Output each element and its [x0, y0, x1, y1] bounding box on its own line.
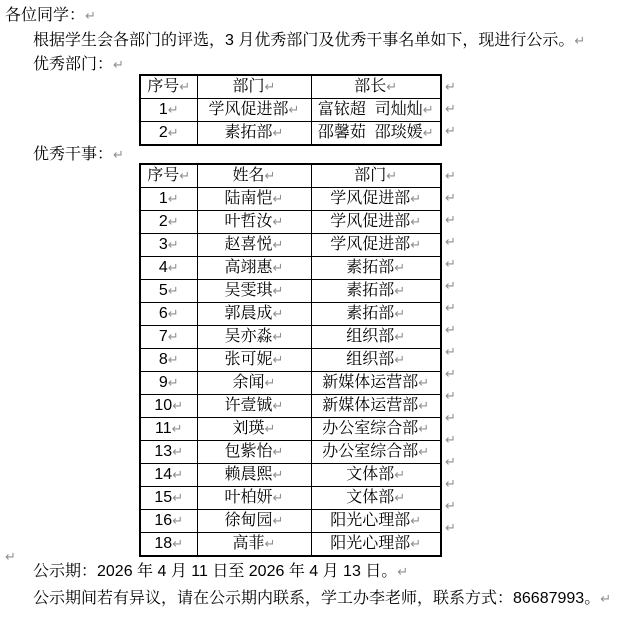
table-header-row: 序号↵姓名↵部门↵ — [140, 164, 441, 188]
return-mark-icon: ↵ — [445, 278, 456, 293]
table-cell: 富铱超 司灿灿↵ — [311, 99, 441, 122]
return-mark-icon: ↵ — [265, 421, 276, 436]
return-mark-icon: ↵ — [273, 444, 284, 459]
return-mark-icon: ↵ — [410, 237, 421, 252]
table-cell: 文体部↵ — [311, 487, 441, 510]
return-mark-icon: ↵ — [445, 79, 456, 94]
table-row: 13↵包紫怡↵办公室综合部↵ — [140, 441, 441, 464]
table-row: 1↵学风促进部↵富铱超 司灿灿↵ — [140, 99, 441, 122]
table-row: 3↵赵喜悦↵学风促进部↵ — [140, 234, 441, 257]
excellent-departments-table-wrap: 序号↵部门↵部长↵1↵学风促进部↵富铱超 司灿灿↵2↵素拓部↵邵馨茹 邵琰媛↵ … — [139, 74, 456, 146]
return-mark-icon: ↵ — [600, 591, 611, 606]
table-row: 8↵张可妮↵组织部↵ — [140, 349, 441, 372]
return-mark-icon: ↵ — [172, 536, 183, 551]
table-cell: 陆南恺↵ — [197, 188, 311, 211]
return-mark-icon: ↵ — [445, 123, 456, 138]
table-cell: 吴雯琪↵ — [197, 280, 311, 303]
return-mark-icon: ↵ — [168, 352, 179, 367]
table-cell: 吴亦淼↵ — [197, 326, 311, 349]
return-mark-icon: ↵ — [168, 125, 179, 140]
return-mark-icon: ↵ — [273, 352, 284, 367]
table-row: 16↵徐甸园↵阳光心理部↵ — [140, 510, 441, 533]
return-mark-icon: ↵ — [172, 513, 183, 528]
table-cell: 4↵ — [140, 257, 197, 280]
return-mark-icon: ↵ — [273, 260, 284, 275]
return-mark-icon: ↵ — [410, 191, 421, 206]
table-cell: 15↵ — [140, 487, 197, 510]
table-cell: 3↵ — [140, 234, 197, 257]
table-cell: 素拓部↵ — [311, 280, 441, 303]
return-mark-icon: ↵ — [445, 432, 456, 447]
table-cell: 许壹铖↵ — [197, 395, 311, 418]
table-cell: 素拓部↵ — [311, 303, 441, 326]
return-mark-icon: ↵ — [445, 322, 456, 337]
return-mark-icon: ↵ — [445, 388, 456, 403]
header-cell: 部门↵ — [197, 75, 311, 99]
table-cell: 赖晨熙↵ — [197, 464, 311, 487]
paragraph-salutation: 各位同学：↵ — [5, 6, 96, 26]
return-mark-icon: ↵ — [113, 147, 124, 162]
return-mark-icon: ↵ — [445, 498, 456, 513]
excellent-officers-table: 序号↵姓名↵部门↵1↵陆南恺↵学风促进部↵2↵叶哲汝↵学风促进部↵3↵赵喜悦↵学… — [139, 163, 442, 557]
table-row: 5↵吴雯琪↵素拓部↵ — [140, 280, 441, 303]
table-cell: 叶柏妍↵ — [197, 487, 311, 510]
salutation-text: 各位同学： — [5, 7, 85, 24]
table-row: 6↵郭晨成↵素拓部↵ — [140, 303, 441, 326]
return-mark-icon: ↵ — [273, 125, 284, 140]
table-row: 2↵叶哲汝↵学风促进部↵ — [140, 211, 441, 234]
table-cell: 刘瑛↵ — [197, 418, 311, 441]
return-mark-icon: ↵ — [168, 283, 179, 298]
table-cell: 2↵ — [140, 211, 197, 234]
return-mark-icon: ↵ — [172, 490, 183, 505]
return-mark-icon: ↵ — [418, 444, 429, 459]
return-mark-icon: ↵ — [410, 536, 421, 551]
table-row: 14↵赖晨熙↵文体部↵ — [140, 464, 441, 487]
return-mark-icon: ↵ — [445, 190, 456, 205]
table-cell: 张可妮↵ — [197, 349, 311, 372]
table-cell: 包紫怡↵ — [197, 441, 311, 464]
return-mark-icon: ↵ — [172, 398, 183, 413]
table-cell: 18↵ — [140, 533, 197, 557]
table-cell: 文体部↵ — [311, 464, 441, 487]
excellent-officers-table-wrap: 序号↵姓名↵部门↵1↵陆南恺↵学风促进部↵2↵叶哲汝↵学风促进部↵3↵赵喜悦↵学… — [139, 163, 456, 557]
return-mark-icon: ↵ — [574, 33, 585, 48]
return-mark-icon: ↵ — [445, 454, 456, 469]
table-cell: 学风促进部↵ — [311, 188, 441, 211]
table-cell: 邵馨茹 邵琰媛↵ — [311, 122, 441, 146]
table-row: 15↵叶柏妍↵文体部↵ — [140, 487, 441, 510]
table-cell: 高菲↵ — [197, 533, 311, 557]
excellent-departments-table: 序号↵部门↵部长↵1↵学风促进部↵富铱超 司灿灿↵2↵素拓部↵邵馨茹 邵琰媛↵ — [139, 74, 442, 146]
return-mark-icon: ↵ — [394, 283, 405, 298]
table-cell: 叶哲汝↵ — [197, 211, 311, 234]
return-mark-icon: ↵ — [273, 306, 284, 321]
table-cell: 1↵ — [140, 99, 197, 122]
return-mark-icon: ↵ — [273, 237, 284, 252]
table-cell: 学风促进部↵ — [197, 99, 311, 122]
return-mark-icon: ↵ — [172, 467, 183, 482]
paragraph-contact: 公示期间若有异议，请在公示期内联系，学工办李老师，联系方式：86687993。↵ — [33, 589, 611, 609]
return-mark-icon: ↵ — [113, 57, 124, 72]
return-mark-icon: ↵ — [445, 520, 456, 535]
table-cell: 阳光心理部↵ — [311, 533, 441, 557]
paragraph-empty: ↵ — [5, 547, 16, 567]
row-end-marks: ↵↵↵ — [445, 74, 456, 142]
return-mark-icon: ↵ — [445, 366, 456, 381]
return-mark-icon: ↵ — [423, 125, 434, 140]
return-mark-icon: ↵ — [397, 564, 408, 579]
return-mark-icon: ↵ — [179, 79, 190, 94]
return-mark-icon: ↵ — [168, 306, 179, 321]
excellent-officers-label: 优秀干事： — [33, 146, 113, 163]
publicity-period-text: 公示期：2026 年 4 月 11 日至 2026 年 4 月 13 日。 — [33, 563, 397, 580]
table-cell: 赵喜悦↵ — [197, 234, 311, 257]
table-cell: 组织部↵ — [311, 349, 441, 372]
return-mark-icon: ↵ — [418, 375, 429, 390]
return-mark-icon: ↵ — [273, 513, 284, 528]
table-cell: 新媒体运营部↵ — [311, 372, 441, 395]
return-mark-icon: ↵ — [273, 467, 284, 482]
return-mark-icon: ↵ — [394, 329, 405, 344]
return-mark-icon: ↵ — [168, 237, 179, 252]
return-mark-icon: ↵ — [445, 410, 456, 425]
table-cell: 徐甸园↵ — [197, 510, 311, 533]
table-row: 10↵许壹铖↵新媒体运营部↵ — [140, 395, 441, 418]
paragraph-excellent-officers-label: 优秀干事：↵ — [33, 145, 124, 165]
return-mark-icon: ↵ — [168, 214, 179, 229]
header-cell: 部门↵ — [311, 164, 441, 188]
return-mark-icon: ↵ — [168, 329, 179, 344]
return-mark-icon: ↵ — [386, 79, 397, 94]
return-mark-icon: ↵ — [445, 234, 456, 249]
table-cell: 素拓部↵ — [311, 257, 441, 280]
table-cell: 14↵ — [140, 464, 197, 487]
table-cell: 郭晨成↵ — [197, 303, 311, 326]
excellent-departments-label: 优秀部门： — [33, 56, 113, 73]
return-mark-icon: ↵ — [423, 102, 434, 117]
document-page: { "doc": { "mark": "↵", "salutation": "各… — [0, 0, 628, 618]
table-cell: 新媒体运营部↵ — [311, 395, 441, 418]
return-mark-icon: ↵ — [410, 513, 421, 528]
paragraph-publicity-period: 公示期：2026 年 4 月 11 日至 2026 年 4 月 13 日。↵ — [33, 562, 408, 582]
return-mark-icon: ↵ — [445, 300, 456, 315]
return-mark-icon: ↵ — [445, 168, 456, 183]
table-cell: 13↵ — [140, 441, 197, 464]
table-row: 9↵余闻↵新媒体运营部↵ — [140, 372, 441, 395]
table-row: 11↵刘瑛↵办公室综合部↵ — [140, 418, 441, 441]
return-mark-icon: ↵ — [273, 398, 284, 413]
return-mark-icon: ↵ — [273, 490, 284, 505]
header-cell: 部长↵ — [311, 75, 441, 99]
return-mark-icon: ↵ — [172, 421, 183, 436]
table-row: 4↵高翊惠↵素拓部↵ — [140, 257, 441, 280]
intro-text: 根据学生会各部门的评选，3 月优秀部门及优秀干事名单如下，现进行公示。 — [33, 32, 574, 49]
return-mark-icon: ↵ — [273, 214, 284, 229]
table-cell: 素拓部↵ — [197, 122, 311, 146]
return-mark-icon: ↵ — [172, 444, 183, 459]
table-cell: 9↵ — [140, 372, 197, 395]
table-cell: 16↵ — [140, 510, 197, 533]
return-mark-icon: ↵ — [265, 375, 276, 390]
table-row: 18↵高菲↵阳光心理部↵ — [140, 533, 441, 557]
return-mark-icon: ↵ — [394, 260, 405, 275]
return-mark-icon: ↵ — [418, 421, 429, 436]
table-cell: 7↵ — [140, 326, 197, 349]
return-mark-icon: ↵ — [5, 549, 16, 564]
return-mark-icon: ↵ — [445, 476, 456, 491]
table-cell: 11↵ — [140, 418, 197, 441]
return-mark-icon: ↵ — [394, 306, 405, 321]
return-mark-icon: ↵ — [445, 101, 456, 116]
table-cell: 组织部↵ — [311, 326, 441, 349]
header-cell: 姓名↵ — [197, 164, 311, 188]
return-mark-icon: ↵ — [273, 191, 284, 206]
paragraph-intro: 根据学生会各部门的评选，3 月优秀部门及优秀干事名单如下，现进行公示。↵ — [33, 31, 585, 51]
return-mark-icon: ↵ — [289, 102, 300, 117]
return-mark-icon: ↵ — [273, 329, 284, 344]
return-mark-icon: ↵ — [394, 490, 405, 505]
return-mark-icon: ↵ — [265, 79, 276, 94]
return-mark-icon: ↵ — [445, 212, 456, 227]
table-cell: 学风促进部↵ — [311, 234, 441, 257]
table-cell: 办公室综合部↵ — [311, 441, 441, 464]
table-cell: 余闻↵ — [197, 372, 311, 395]
return-mark-icon: ↵ — [168, 375, 179, 390]
table-cell: 6↵ — [140, 303, 197, 326]
table-cell: 办公室综合部↵ — [311, 418, 441, 441]
return-mark-icon: ↵ — [265, 168, 276, 183]
table-cell: 学风促进部↵ — [311, 211, 441, 234]
row-end-marks: ↵↵↵↵↵↵↵↵↵↵↵↵↵↵↵↵↵ — [445, 163, 456, 539]
table-row: 7↵吴亦淼↵组织部↵ — [140, 326, 441, 349]
table-cell: 8↵ — [140, 349, 197, 372]
return-mark-icon: ↵ — [386, 168, 397, 183]
table-row: 1↵陆南恺↵学风促进部↵ — [140, 188, 441, 211]
return-mark-icon: ↵ — [394, 467, 405, 482]
header-cell: 序号↵ — [140, 75, 197, 99]
return-mark-icon: ↵ — [445, 256, 456, 271]
table-cell: 阳光心理部↵ — [311, 510, 441, 533]
contact-text: 公示期间若有异议，请在公示期内联系，学工办李老师，联系方式：86687993。 — [33, 590, 600, 607]
header-cell: 序号↵ — [140, 164, 197, 188]
return-mark-icon: ↵ — [394, 352, 405, 367]
table-cell: 高翊惠↵ — [197, 257, 311, 280]
return-mark-icon: ↵ — [265, 536, 276, 551]
return-mark-icon: ↵ — [418, 398, 429, 413]
table-cell: 5↵ — [140, 280, 197, 303]
paragraph-excellent-departments-label: 优秀部门：↵ — [33, 55, 124, 75]
return-mark-icon: ↵ — [273, 283, 284, 298]
return-mark-icon: ↵ — [168, 191, 179, 206]
table-cell: 1↵ — [140, 188, 197, 211]
table-cell: 2↵ — [140, 122, 197, 146]
return-mark-icon: ↵ — [410, 214, 421, 229]
table-header-row: 序号↵部门↵部长↵ — [140, 75, 441, 99]
table-cell: 10↵ — [140, 395, 197, 418]
return-mark-icon: ↵ — [168, 260, 179, 275]
return-mark-icon: ↵ — [168, 102, 179, 117]
return-mark-icon: ↵ — [85, 8, 96, 23]
return-mark-icon: ↵ — [179, 168, 190, 183]
table-row: 2↵素拓部↵邵馨茹 邵琰媛↵ — [140, 122, 441, 146]
return-mark-icon: ↵ — [445, 344, 456, 359]
